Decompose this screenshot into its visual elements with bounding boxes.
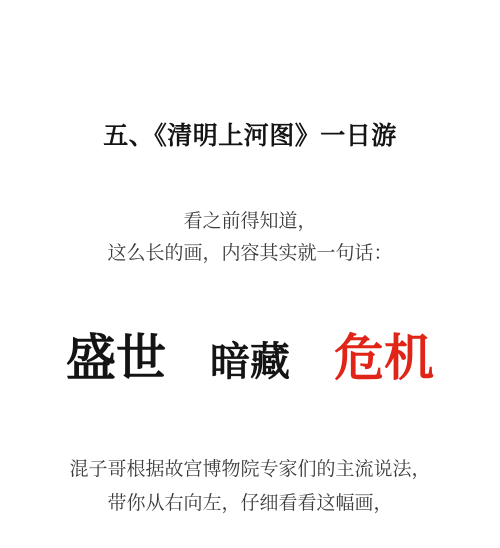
statement-word-prosperity: 盛世 [66, 328, 166, 388]
intro-paragraph: 看之前得知道， 这么长的画，内容其实就一句话： [0, 206, 500, 270]
statement-word-hidden: 暗藏 [210, 332, 290, 392]
key-statement: 盛世 暗藏 危机 [0, 328, 500, 392]
outro-line-2: 带你从右向左，仔细看看这幅画， [0, 487, 500, 521]
outro-paragraph: 混子哥根据故宫博物院专家们的主流说法， 带你从右向左，仔细看看这幅画， [0, 453, 500, 521]
outro-line-1: 混子哥根据故宫博物院专家们的主流说法， [0, 453, 500, 487]
intro-line-1: 看之前得知道， [0, 206, 500, 238]
intro-line-2: 这么长的画，内容其实就一句话： [0, 238, 500, 270]
article-page: 五、《清明上河图》一日游 看之前得知道， 这么长的画，内容其实就一句话： 盛世 … [0, 0, 500, 548]
page-title: 五、《清明上河图》一日游 [0, 119, 500, 153]
statement-word-crisis: 危机 [334, 328, 434, 388]
